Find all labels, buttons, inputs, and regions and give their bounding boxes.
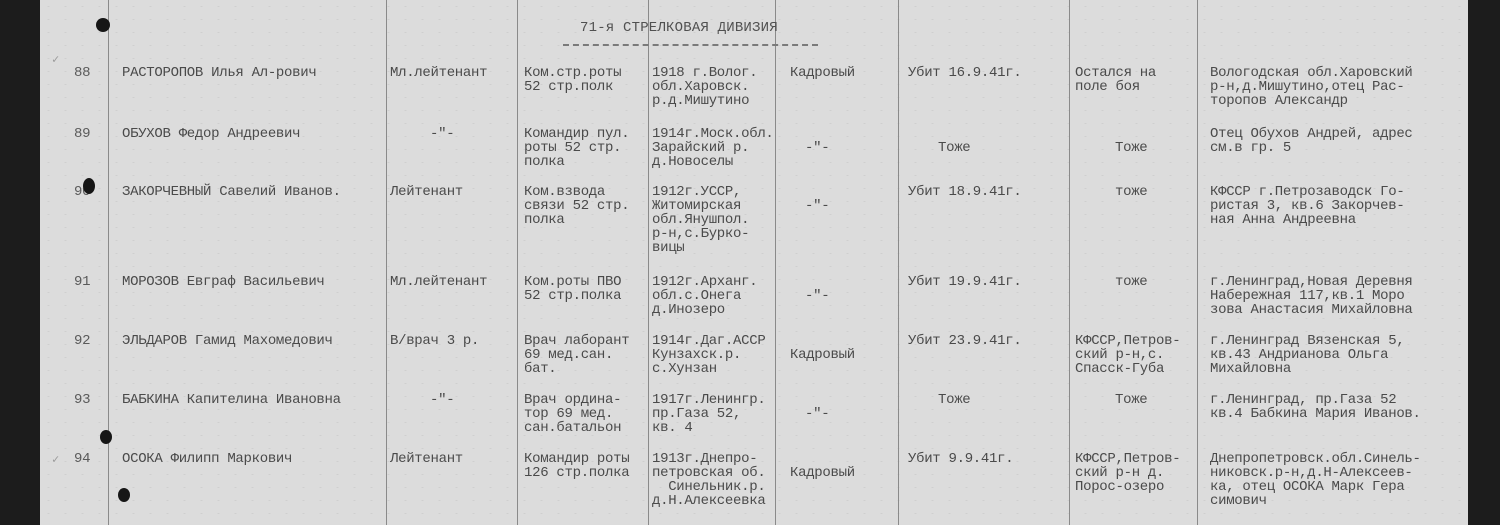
record-position: Ком.взвода связи 52 стр. полка [524,185,629,227]
section-header: 71-я СТРЕЛКОВАЯ ДИВИЗИЯ [580,20,778,36]
column-divider [517,0,518,525]
record-number: 88 [74,66,90,80]
record-number: 92 [74,334,90,348]
record-relatives: г.Ленинград Вязенская 5, кв.43 Андрианов… [1210,334,1404,376]
record-fate: Убит 9.9.41г. [908,452,1013,466]
column-divider [775,0,776,525]
scan-border-left [0,0,40,525]
record-number: 89 [74,127,90,141]
record-name: РАСТОРОПОВ Илья Ал-рович [122,66,316,80]
record-rank: В/врач 3 р. [390,334,479,348]
punch-hole-mark [96,18,110,32]
record-number: 93 [74,393,90,407]
record-birth: 1918 г.Волог. обл.Харовск. р.д.Мишутино [652,66,757,108]
record-position: Врач лаборант 69 мед.сан. бат. [524,334,629,376]
record-burial: КФССР,Петров- ский р-н,с. Спасск-Губа [1075,334,1180,376]
record-relatives: Отец Обухов Андрей, адрес см.в гр. 5 [1210,127,1413,155]
record-relatives: Днепропетровск.обл.Синель- никовск.р-н,д… [1210,452,1421,508]
record-name: МОРОЗОВ Евграф Васильевич [122,275,325,289]
record-rank: Мл.лейтенант [390,66,487,80]
check-mark: ✓ [52,52,59,67]
record-birth: 1912г.Арханг. обл.с.Онега д.Инозеро [652,275,757,317]
record-service: -"- [805,141,829,155]
record-name: ЭЛЬДАРОВ Гамид Махомедович [122,334,333,348]
record-relatives: Вологодская обл.Харовский р-н,д.Мишутино… [1210,66,1413,108]
record-relatives: КФССР г.Петрозаводск Го- ристая 3, кв.6 … [1210,185,1404,227]
record-service: -"- [805,289,829,303]
punch-hole-mark [118,488,130,502]
record-fate: Тоже [938,141,970,155]
record-burial: Тоже [1115,141,1147,155]
record-position: Врач ордина- тор 69 мед. сан.батальон [524,393,621,435]
record-position: Командир пул. роты 52 стр. полка [524,127,629,169]
record-position: Ком.роты ПВО 52 стр.полка [524,275,621,303]
record-relatives: г.Ленинград,Новая Деревня Набережная 117… [1210,275,1413,317]
record-birth: 1917г.Ленингр. пр.Газа 52, кв. 4 [652,393,765,435]
record-burial: Остался на поле боя [1075,66,1156,94]
record-birth: 1914г.Моск.обл. Зарайский р. д.Новоселы [652,127,774,169]
record-position: Командир роты 126 стр.полка [524,452,629,480]
record-number: 91 [74,275,90,289]
column-divider [1069,0,1070,525]
record-position: Ком.стр.роты 52 стр.полк [524,66,621,94]
record-name: ОБУХОВ Федор Андреевич [122,127,300,141]
record-rank: -"- [430,393,454,407]
archival-document-page: 71-я СТРЕЛКОВАЯ ДИВИЗИЯ 88РАСТОРОПОВ Иль… [40,0,1468,525]
record-burial: КФССР,Петров- ский р-н д. Порос-озеро [1075,452,1180,494]
record-service: Кадровый [790,466,855,480]
column-divider [648,0,649,525]
record-fate: Тоже [938,393,970,407]
punch-hole-mark [100,430,112,444]
record-rank: Мл.лейтенант [390,275,487,289]
column-divider [1197,0,1198,525]
record-name: ЗАКОРЧЕВНЫЙ Савелий Иванов. [122,185,341,199]
record-relatives: г.Ленинград, пр.Газа 52 кв.4 Бабкина Мар… [1210,393,1421,421]
record-burial: Тоже [1115,393,1147,407]
check-mark: ✓ [52,452,59,467]
record-burial: тоже [1115,275,1147,289]
scan-border-right [1468,0,1500,525]
record-service: -"- [805,199,829,213]
record-birth: 1913г.Днепро- петровская об. Синельник.р… [652,452,765,508]
record-service: -"- [805,407,829,421]
record-rank: Лейтенант [390,452,463,466]
record-fate: Убит 19.9.41г. [908,275,1021,289]
record-rank: -"- [430,127,454,141]
record-fate: Убит 23.9.41г. [908,334,1021,348]
record-number: 94 [74,452,90,466]
column-divider [386,0,387,525]
record-rank: Лейтенант [390,185,463,199]
record-birth: 1912г.УССР, Житомирская обл.Янушпол. р-н… [652,185,749,255]
record-name: БАБКИНА Капителина Ивановна [122,393,341,407]
record-service: Кадровый [790,348,855,362]
column-divider [108,0,109,525]
header-underline [563,44,818,46]
record-service: Кадровый [790,66,855,80]
record-birth: 1914г.Даг.АССР Кунзахск.р. с.Хунзан [652,334,765,376]
punch-hole-mark [83,178,95,194]
record-name: ОСОКА Филипп Маркович [122,452,292,466]
record-burial: тоже [1115,185,1147,199]
record-fate: Убит 16.9.41г. [908,66,1021,80]
record-fate: Убит 18.9.41г. [908,185,1021,199]
column-divider [898,0,899,525]
